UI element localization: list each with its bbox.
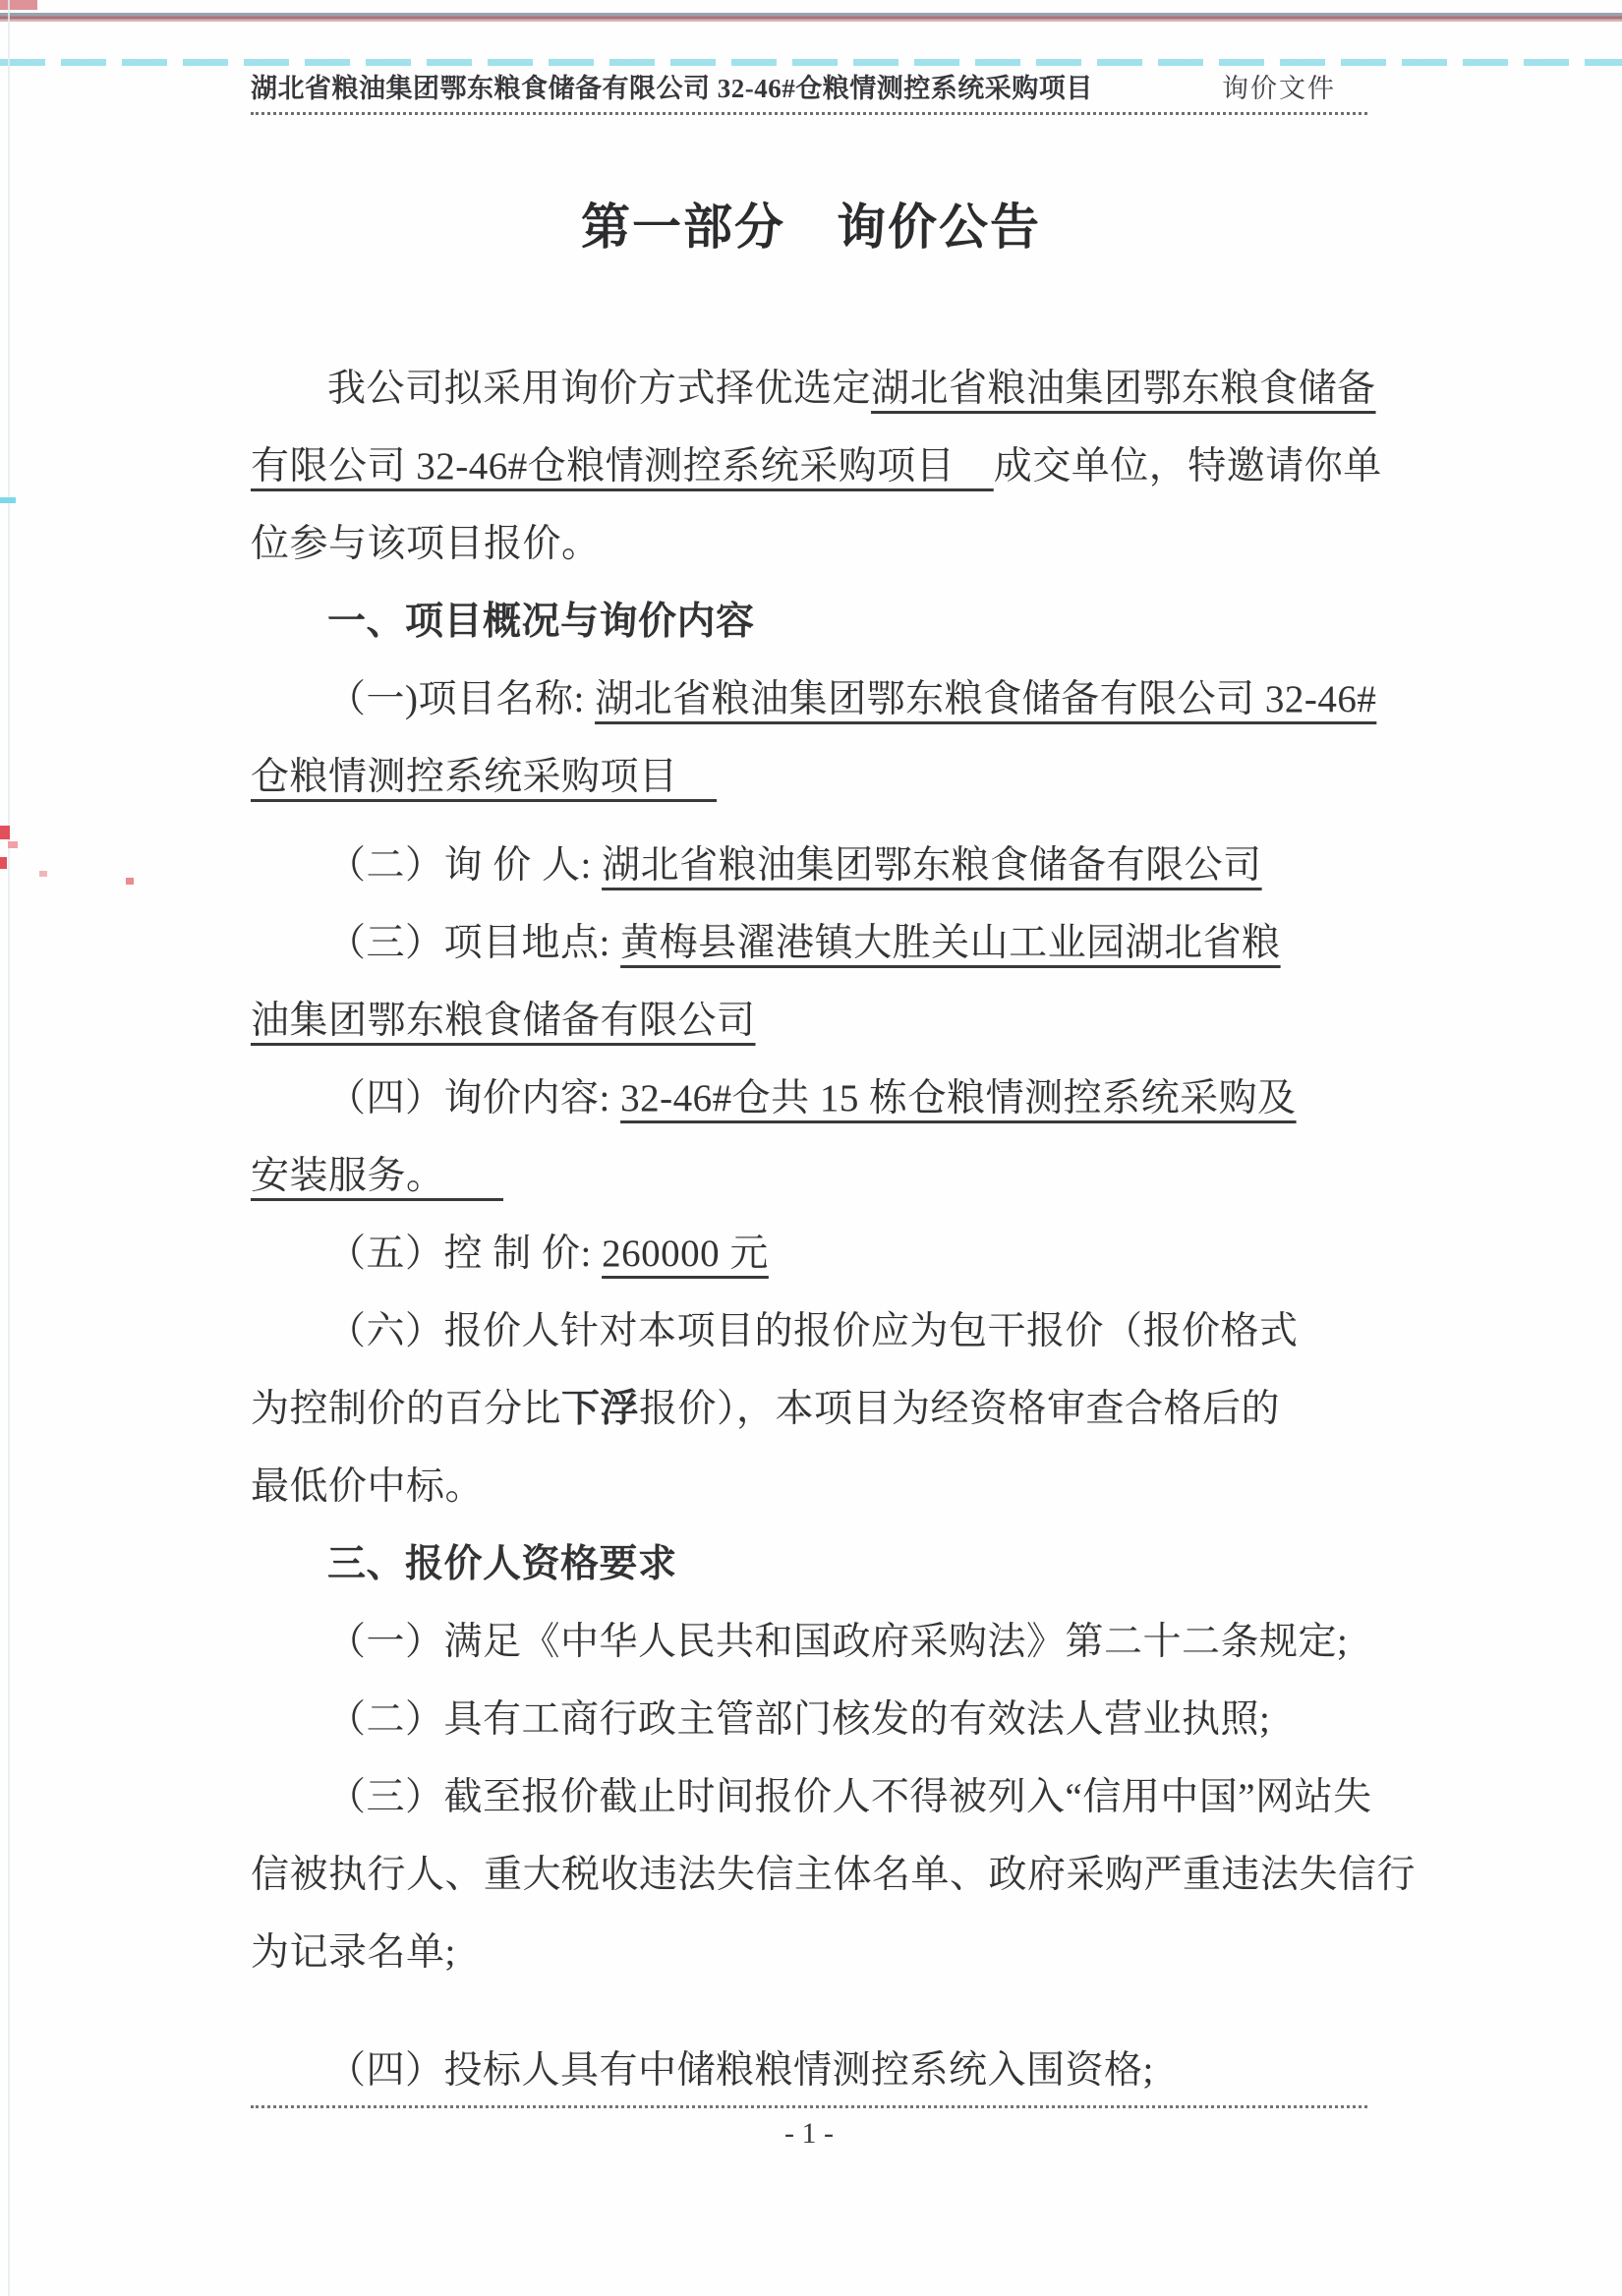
underlined-text: 湖北省粮油集团鄂东粮食储备有限公司 xyxy=(602,834,1262,890)
page-header: 湖北省粮油集团鄂东粮食储备有限公司 32-46#仓粮情测控系统采购项目 询价文件 xyxy=(251,67,1371,105)
body-line: （三）截至报价截止时间报价人不得被列入“信用中国”网站失 xyxy=(251,1754,1381,1832)
text-run: 三、报价人资格要求 xyxy=(327,1533,677,1588)
body-line: （五）控 制 价: 260000 元 xyxy=(251,1211,1381,1289)
body-line: 信被执行人、重大税收违法失信主体名单、政府采购严重违法失信行 xyxy=(251,1832,1381,1910)
scan-artifact-corner-mark xyxy=(0,0,37,10)
underlined-text: 湖北省粮油集团鄂东粮食储备有限公司 32-46# xyxy=(595,668,1376,723)
text-run: （二）具有工商行政主管部门核发的有效法人营业执照; xyxy=(327,1689,1270,1744)
underlined-text: 油集团鄂东粮食储备有限公司 xyxy=(251,990,756,1045)
text-run: 为控制价的百分比 xyxy=(251,1378,561,1433)
text-run: （二）询 价 人: xyxy=(327,834,602,890)
body-line: （二）询 价 人: 湖北省粮油集团鄂东粮食储备有限公司 xyxy=(251,823,1381,900)
body-line: 三、报价人资格要求 xyxy=(251,1521,1381,1599)
body-line: 一、项目概况与询价内容 xyxy=(251,579,1381,657)
underlined-text: 黄梅县濯港镇大胜关山工业园湖北省粮 xyxy=(620,912,1281,967)
scan-artifact-red-speck xyxy=(0,826,10,839)
scan-artifact-red-speck xyxy=(8,841,18,848)
body-line: （六）报价人针对本项目的报价应为包干报价（报价格式 xyxy=(251,1289,1381,1366)
scan-artifact-red-speck xyxy=(126,878,134,885)
text-run: （一）满足《中华人民共和国政府采购法》第二十二条规定; xyxy=(327,1611,1348,1666)
text-run: （四）投标人具有中储粮粮情测控系统入围资格; xyxy=(327,2039,1154,2095)
body-line: （四）询价内容: 32-46#仓共 15 栋仓粮情测控系统采购及 xyxy=(251,1056,1381,1133)
text-run: 成交单位，特邀请你单 xyxy=(994,435,1382,490)
body-line: 有限公司 32-46#仓粮情测控系统采购项目 成交单位，特邀请你单 xyxy=(251,424,1381,501)
text-run: 为记录名单; xyxy=(251,1922,456,1977)
scan-artifact-cyan-dashes xyxy=(0,59,1622,66)
body-line: （二）具有工商行政主管部门核发的有效法人营业执照; xyxy=(251,1677,1381,1754)
body-line: 油集团鄂东粮食储备有限公司 xyxy=(251,978,1381,1056)
scan-artifact-cyan-speck xyxy=(0,497,16,503)
body-line: 我公司拟采用询价方式择优选定湖北省粮油集团鄂东粮食储备 xyxy=(251,346,1381,424)
text-run: （四）询价内容: xyxy=(327,1067,620,1122)
scan-artifact-top-stripe xyxy=(0,13,1622,22)
body-line: （三）项目地点: 黄梅县濯港镇大胜关山工业园湖北省粮 xyxy=(251,900,1381,978)
text-run: （三）项目地点: xyxy=(327,912,620,967)
text-run: （六）报价人针对本项目的报价应为包干报价（报价格式 xyxy=(327,1300,1299,1355)
text-run: 位参与该项目报价。 xyxy=(251,513,601,568)
footer-rule xyxy=(251,2105,1367,2108)
body-line: （一)项目名称: 湖北省粮油集团鄂东粮食储备有限公司 32-46# xyxy=(251,657,1381,734)
document-body: 我公司拟采用询价方式择优选定湖北省粮油集团鄂东粮食储备有限公司 32-46#仓粮… xyxy=(251,346,1381,2105)
text-run: 最低价中标。 xyxy=(251,1456,484,1511)
body-line: 为控制价的百分比下浮报价），本项目为经资格审查合格后的 xyxy=(251,1366,1381,1444)
text-run: 下浮 xyxy=(561,1378,639,1433)
body-line: 为记录名单; xyxy=(251,1910,1381,1987)
underlined-text: 湖北省粮油集团鄂东粮食储备 xyxy=(871,358,1376,413)
body-line: 仓粮情测控系统采购项目 xyxy=(251,734,1381,812)
scanned-document-page: 湖北省粮油集团鄂东粮食储备有限公司 32-46#仓粮情测控系统采购项目 询价文件… xyxy=(0,0,1622,2296)
underlined-text: 仓粮情测控系统采购项目 xyxy=(251,746,717,801)
body-line: 位参与该项目报价。 xyxy=(251,501,1381,579)
scan-artifact-red-speck xyxy=(0,857,7,869)
text-run: （五）控 制 价: xyxy=(327,1223,602,1278)
body-line: （四）投标人具有中储粮粮情测控系统入围资格; xyxy=(251,2028,1381,2105)
body-line: 最低价中标。 xyxy=(251,1444,1381,1521)
body-line: 安装服务。 xyxy=(251,1133,1381,1211)
text-run: （三）截至报价截止时间报价人不得被列入“信用中国”网站失 xyxy=(327,1766,1372,1821)
page-number: - 1 - xyxy=(251,2117,1367,2151)
underlined-text: 有限公司 32-46#仓粮情测控系统采购项目 xyxy=(251,435,994,490)
text-run: （一)项目名称: xyxy=(327,668,595,723)
body-line: （一）满足《中华人民共和国政府采购法》第二十二条规定; xyxy=(251,1599,1381,1677)
header-doc-type: 询价文件 xyxy=(1222,67,1371,105)
text-run: 报价），本项目为经资格审查合格后的 xyxy=(639,1378,1280,1433)
text-run: 一、项目概况与询价内容 xyxy=(327,591,755,646)
scan-artifact-red-speck xyxy=(39,871,47,877)
header-rule xyxy=(251,112,1367,115)
text-run: 我公司拟采用询价方式择优选定 xyxy=(327,358,871,413)
text-run: 信被执行人、重大税收违法失信主体名单、政府采购严重违法失信行 xyxy=(251,1844,1416,1899)
header-project-title: 湖北省粮油集团鄂东粮食储备有限公司 32-46#仓粮情测控系统采购项目 xyxy=(251,67,1093,105)
underlined-text: 260000 元 xyxy=(602,1223,769,1278)
scan-artifact-left-line xyxy=(8,0,10,2296)
underlined-text: 安装服务。 xyxy=(251,1145,503,1200)
page-title: 第一部分 询价公告 xyxy=(251,200,1371,255)
underlined-text: 32-46#仓共 15 栋仓粮情测控系统采购及 xyxy=(620,1067,1297,1122)
